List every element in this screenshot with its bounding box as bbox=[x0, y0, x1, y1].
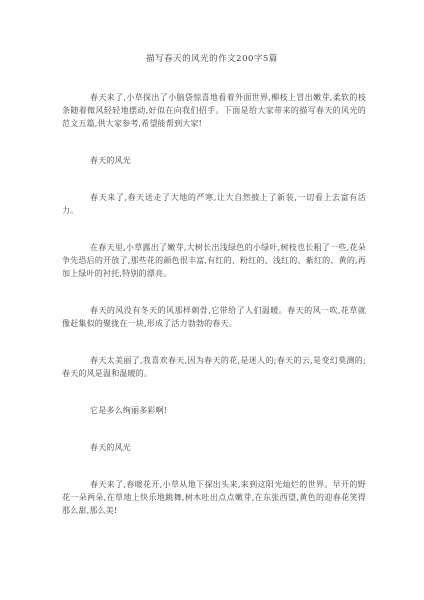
paragraph: 春天太美丽了,我喜欢春天,因为春天的花,是迷人的;春天的云,是变幻莫测的;春天的… bbox=[62, 354, 366, 380]
document-title: 描写春天的风光的作文200字5篇 bbox=[0, 53, 424, 66]
paragraph: 春天来了,春暖花开,小草从地下探出头来,来到这阳光灿烂的世界。早开的野花一朵两朵… bbox=[62, 478, 366, 517]
section-heading: 春天的风光 bbox=[62, 154, 366, 167]
paragraph: 春天来了,小草探出了小脑袋惊喜地看着外面世界,柳枝上冒出嫩芽,柔软的枝条随着微风… bbox=[62, 91, 366, 130]
document-page: 描写春天的风光的作文200字5篇 春天来了,小草探出了小脑袋惊喜地看着外面世界,… bbox=[0, 0, 424, 600]
paragraph: 春天来了,春天送走了大地的严寒,让大自然披上了新装,一切看上去富有活力。 bbox=[62, 191, 366, 217]
document-body: 春天来了,小草探出了小脑袋惊喜地看着外面世界,柳枝上冒出嫩芽,柔软的枝条随着微风… bbox=[62, 91, 366, 517]
paragraph: 在春天里,小草露出了嫩芽,大树长出浅绿色的小绿叶,树枝也长粗了一些,花朵争先恐后… bbox=[62, 241, 366, 280]
paragraph: 它是多么绚丽多彩啊! bbox=[62, 404, 366, 417]
paragraph: 春天的风没有冬天的风那样刺骨,它带给了人们温暖。春天的风一吹,花草就像赶集似的聚… bbox=[62, 304, 366, 330]
section-heading: 春天的风光 bbox=[62, 441, 366, 454]
